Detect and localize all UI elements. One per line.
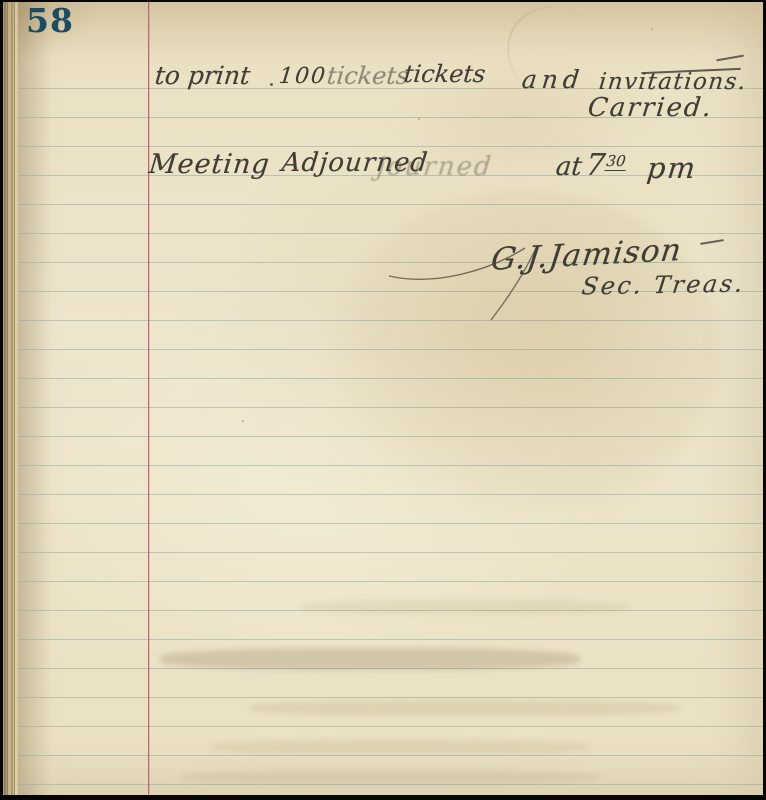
speck (418, 118, 420, 120)
word-invitations: invitations. (598, 69, 749, 95)
word-100: 100 (278, 64, 329, 89)
red-margin-line (148, 2, 149, 795)
bleedthrough-smudge (210, 740, 590, 754)
bleedthrough-smudge (160, 648, 580, 670)
binding-gutter (3, 2, 18, 795)
word-carried: Carried. (586, 93, 714, 123)
page-number: 58 (26, 1, 74, 40)
bleedthrough-smudge (250, 700, 680, 716)
time-meridiem: pm (645, 151, 699, 185)
top-shading (3, 2, 763, 57)
time-minutes: 30 (605, 152, 628, 171)
bleedthrough-smudge (300, 600, 630, 614)
word-at: at (554, 152, 583, 182)
word-meeting: Meeting (147, 149, 271, 180)
signature-title: Sec. Treas. (580, 270, 747, 301)
word-and: and (520, 65, 585, 94)
word-tickets-erased: tickets (326, 62, 410, 90)
word-adjourned: Adjourned (280, 148, 429, 178)
speck (242, 420, 244, 422)
ledger-page-scan: 58 to print 100 tickets tickets and invi… (0, 0, 766, 800)
word-tickets: tickets (403, 60, 487, 88)
bleedthrough-smudge (180, 770, 600, 784)
ink-dot (270, 83, 273, 86)
speck (651, 28, 653, 30)
word-to-print: to print (153, 61, 251, 90)
time-hour: 7 (584, 148, 607, 183)
time-value: 730 (584, 148, 628, 183)
